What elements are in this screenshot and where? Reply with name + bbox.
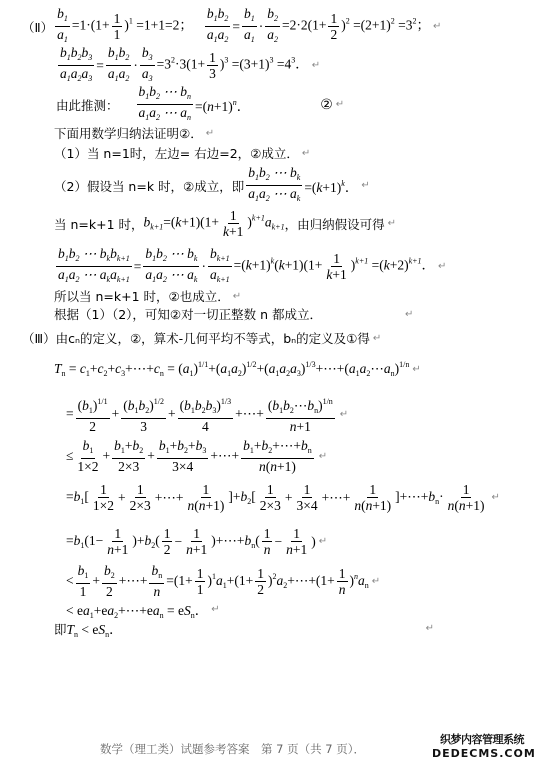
part3-line6: < b11+ b22+⋯+ bnn =(1+11)1a1+(1+ 12)2a2+…	[66, 563, 380, 599]
paragraph-mark-icon: ↵	[426, 623, 434, 634]
paragraph-mark-icon: ↵	[206, 128, 214, 139]
eq-n1: =1·(1+11)1 =1+1=2；	[72, 11, 193, 42]
paragraph-mark-icon: ↵	[372, 576, 380, 587]
part3-final: 即Tn < eSn． ↵	[54, 618, 434, 639]
paragraph-mark-icon: ↵	[438, 261, 446, 272]
watermark-cn: 织梦内容管理系统	[432, 731, 532, 747]
part2-label: （Ⅱ）	[22, 18, 53, 36]
part3-line5: =b1(1− 1n+1 )+b2( 12− 1n+1 )+⋯+bn( 1n− 1…	[66, 526, 327, 557]
paragraph-mark-icon: ↵	[319, 536, 327, 547]
part2-line1: （Ⅱ） b1a1 =1·(1+11)1 =1+1=2； b1b2a1a2 = b…	[22, 6, 441, 47]
paragraph-mark-icon: ↵	[388, 218, 396, 229]
conjecture-label: 由此推测：	[56, 96, 119, 114]
equation-mark-2: ②	[320, 97, 333, 113]
part3-line4: =b1[ 11×2+ 12×3+⋯+ 1n(n+1) ]+b2[ 12×3+ 1…	[66, 482, 500, 513]
paragraph-mark-icon: ↵	[405, 309, 413, 320]
paragraph-mark-icon: ↵	[312, 60, 320, 71]
paragraph-mark-icon: ↵	[412, 364, 420, 375]
fraction-b1b2-a1a2: b1b2a1a2	[205, 6, 231, 47]
paragraph-mark-icon: ↵	[302, 148, 310, 159]
paragraph-mark-icon: ↵	[433, 21, 441, 32]
paragraph-mark-icon: ↵	[373, 333, 381, 344]
paragraph-mark-icon: ↵	[319, 451, 327, 462]
part3-line7: < ea1+ea2+⋯+ean = eSn． ↵	[66, 599, 220, 620]
paragraph-mark-icon: ↵	[361, 180, 369, 191]
part3-intro: （Ⅲ） 由cₙ的定义，②，算术-几何平均不等式，bₙ的定义及①得 ↵	[22, 329, 381, 347]
paragraph-mark-icon: ↵	[336, 99, 344, 110]
induction-step1: （1）当 n=1时，左边= 右边=2，②成立． ↵	[54, 144, 310, 162]
part3-line1: Tn = c1+c2+c3+⋯+cn = (a1)1/1+(a1a2)1/2+(…	[54, 360, 421, 378]
conjecture-line: 由此推测： b1b2 ⋯ bna1a2 ⋯ an =(n+1)n． ② ↵	[56, 84, 344, 125]
induction-intro: 下面用数学归纳法证明②． ↵	[54, 124, 214, 142]
induction-step2: （2）假设当 n=k 时，②成立，即 b1b2 ⋯ bka1a2 ⋯ ak =(…	[54, 165, 370, 206]
part2-line2: b1b2b3a1a2a3 = b1b2a1a2 · b3a3 =32·3(1+1…	[56, 45, 320, 86]
part3-line2: = (b1)1/12+ (b1b2)1/23+ (b1b2b3)1/34+⋯+ …	[66, 394, 348, 434]
conclusion-1: 所以当 n=k+1 时，②也成立． ↵	[54, 287, 241, 305]
induction-chain: b1b2 ⋯ bkbk+1a1a2 ⋯ akak+1 = b1b2 ⋯ bka1…	[54, 246, 446, 287]
watermark-logo: 织梦内容管理系统 DEDECMS.COM	[432, 731, 532, 760]
page-footer: 数学（理工类）试题参考答案 第 7 页（共 7 页）．	[100, 741, 365, 757]
fraction-b1-a1: b1a1	[55, 6, 70, 47]
part3-label: （Ⅲ）	[22, 329, 56, 347]
eq-n2: =2·2(1+12)2 =(2+1)2 =32；	[282, 11, 430, 42]
induction-step3: 当 n=k+1 时， bk+1=(k+1)(1+1k+1)k+1ak+1 ，由归…	[54, 208, 396, 239]
paragraph-mark-icon: ↵	[340, 409, 348, 420]
conclusion-2: 根据（1）（2），可知②对一切正整数 n 都成立． ↵	[54, 305, 413, 323]
paragraph-mark-icon: ↵	[233, 291, 241, 302]
part3-line3: ≤ b11×2+ b1+b22×3+ b1+b2+b33×4+⋯+ b1+b2+…	[66, 438, 327, 474]
watermark-en: DEDECMS.COM	[432, 747, 532, 760]
paragraph-mark-icon: ↵	[211, 604, 219, 615]
paragraph-mark-icon: ↵	[492, 492, 500, 503]
